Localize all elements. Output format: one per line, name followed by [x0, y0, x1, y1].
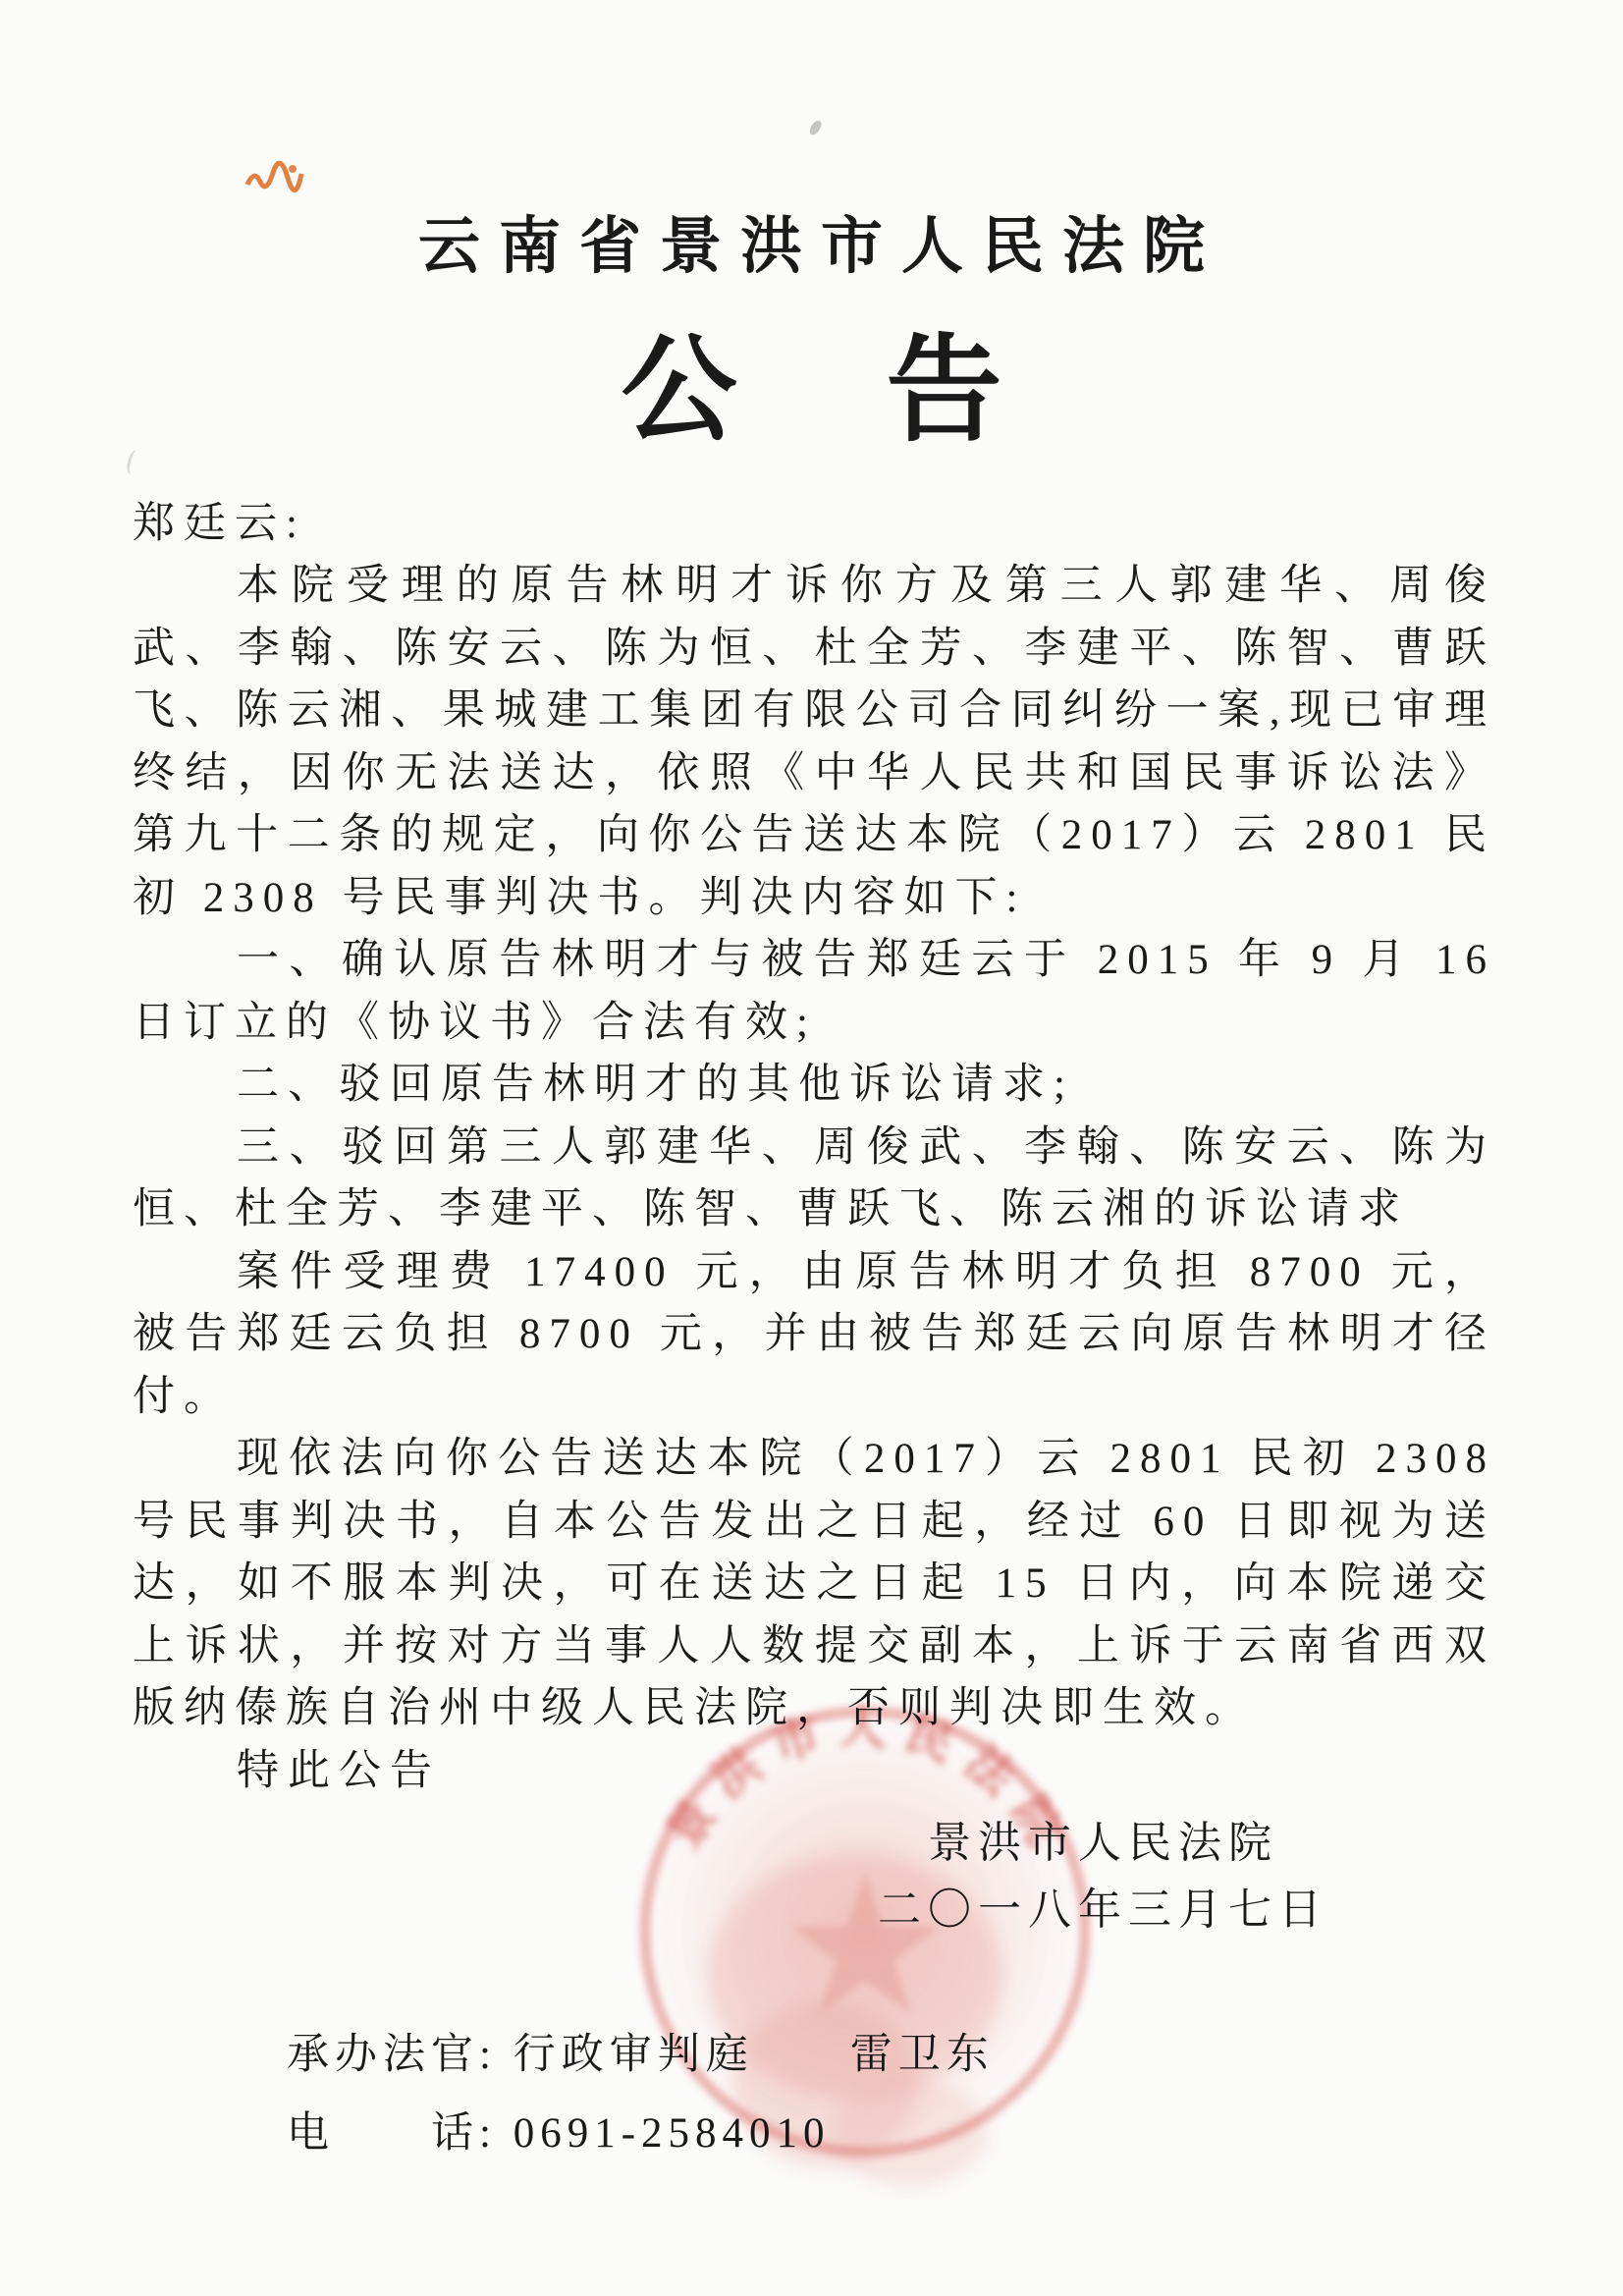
orange-ink-smudge: [242, 153, 320, 198]
signature-court: 景洪市人民法院: [878, 1810, 1328, 1877]
notice-title-text: 公告: [621, 327, 1151, 456]
judge-line: 承办法官: 行政审判庭 雷卫东: [287, 2016, 1623, 2095]
notice-paragraph: 现依法向你公告送达本院（2017）云 2801 民初 2308 号民事判决书，自…: [133, 1428, 1495, 1740]
notice-paragraph: 二、驳回原告林明才的其他诉讼请求;: [133, 1054, 1495, 1117]
closing-statement: 特此公告: [133, 1740, 1495, 1803]
notice-paragraph: 本院受理的原告林明才诉你方及第三人郭建华、周俊武、李翰、陈安云、陈为恒、杜全芳、…: [133, 555, 1495, 929]
scanned-court-notice: { "document": { "court_header": "云南省景洪市人…: [0, 0, 1623, 2296]
court-header: 云南省景洪市人民法院: [0, 208, 1623, 286]
notice-paragraph: 一、确认原告林明才与被告郑廷云于 2015 年 9 月 16 日订立的《协议书》…: [133, 929, 1495, 1054]
addressee: 郑廷云:: [133, 493, 1495, 556]
signature-block: 景洪市人民法院 二〇一八年三月七日: [878, 1810, 1328, 1943]
notice-paragraph: 案件受理费 17400 元，由原告林明才负担 8700 元，被告郑廷云负担 87…: [133, 1241, 1495, 1429]
signature-date: 二〇一八年三月七日: [878, 1877, 1328, 1943]
notice-paragraph: 三、驳回第三人郭建华、周俊武、李翰、陈安云、陈为恒、杜全芳、李建平、陈智、曹跃飞…: [133, 1117, 1495, 1241]
paragraph-list: 本院受理的原告林明才诉你方及第三人郭建华、周俊武、李翰、陈安云、陈为恒、杜全芳、…: [133, 555, 1495, 1740]
notice-title: 公告: [0, 323, 1623, 460]
notice-body: 郑廷云: 本院受理的原告林明才诉你方及第三人郭建华、周俊武、李翰、陈安云、陈为恒…: [0, 493, 1623, 1803]
phone-line: 电 话: 0691-2584010: [287, 2095, 1623, 2173]
contact-block: 承办法官: 行政审判庭 雷卫东 电 话: 0691-2584010: [0, 2016, 1623, 2173]
notice-page: 云南省景洪市人民法院 公告 郑廷云: 本院受理的原告林明才诉你方及第三人郭建华、…: [0, 0, 1623, 2296]
court-header-text: 云南省景洪市人民法院: [418, 212, 1223, 281]
